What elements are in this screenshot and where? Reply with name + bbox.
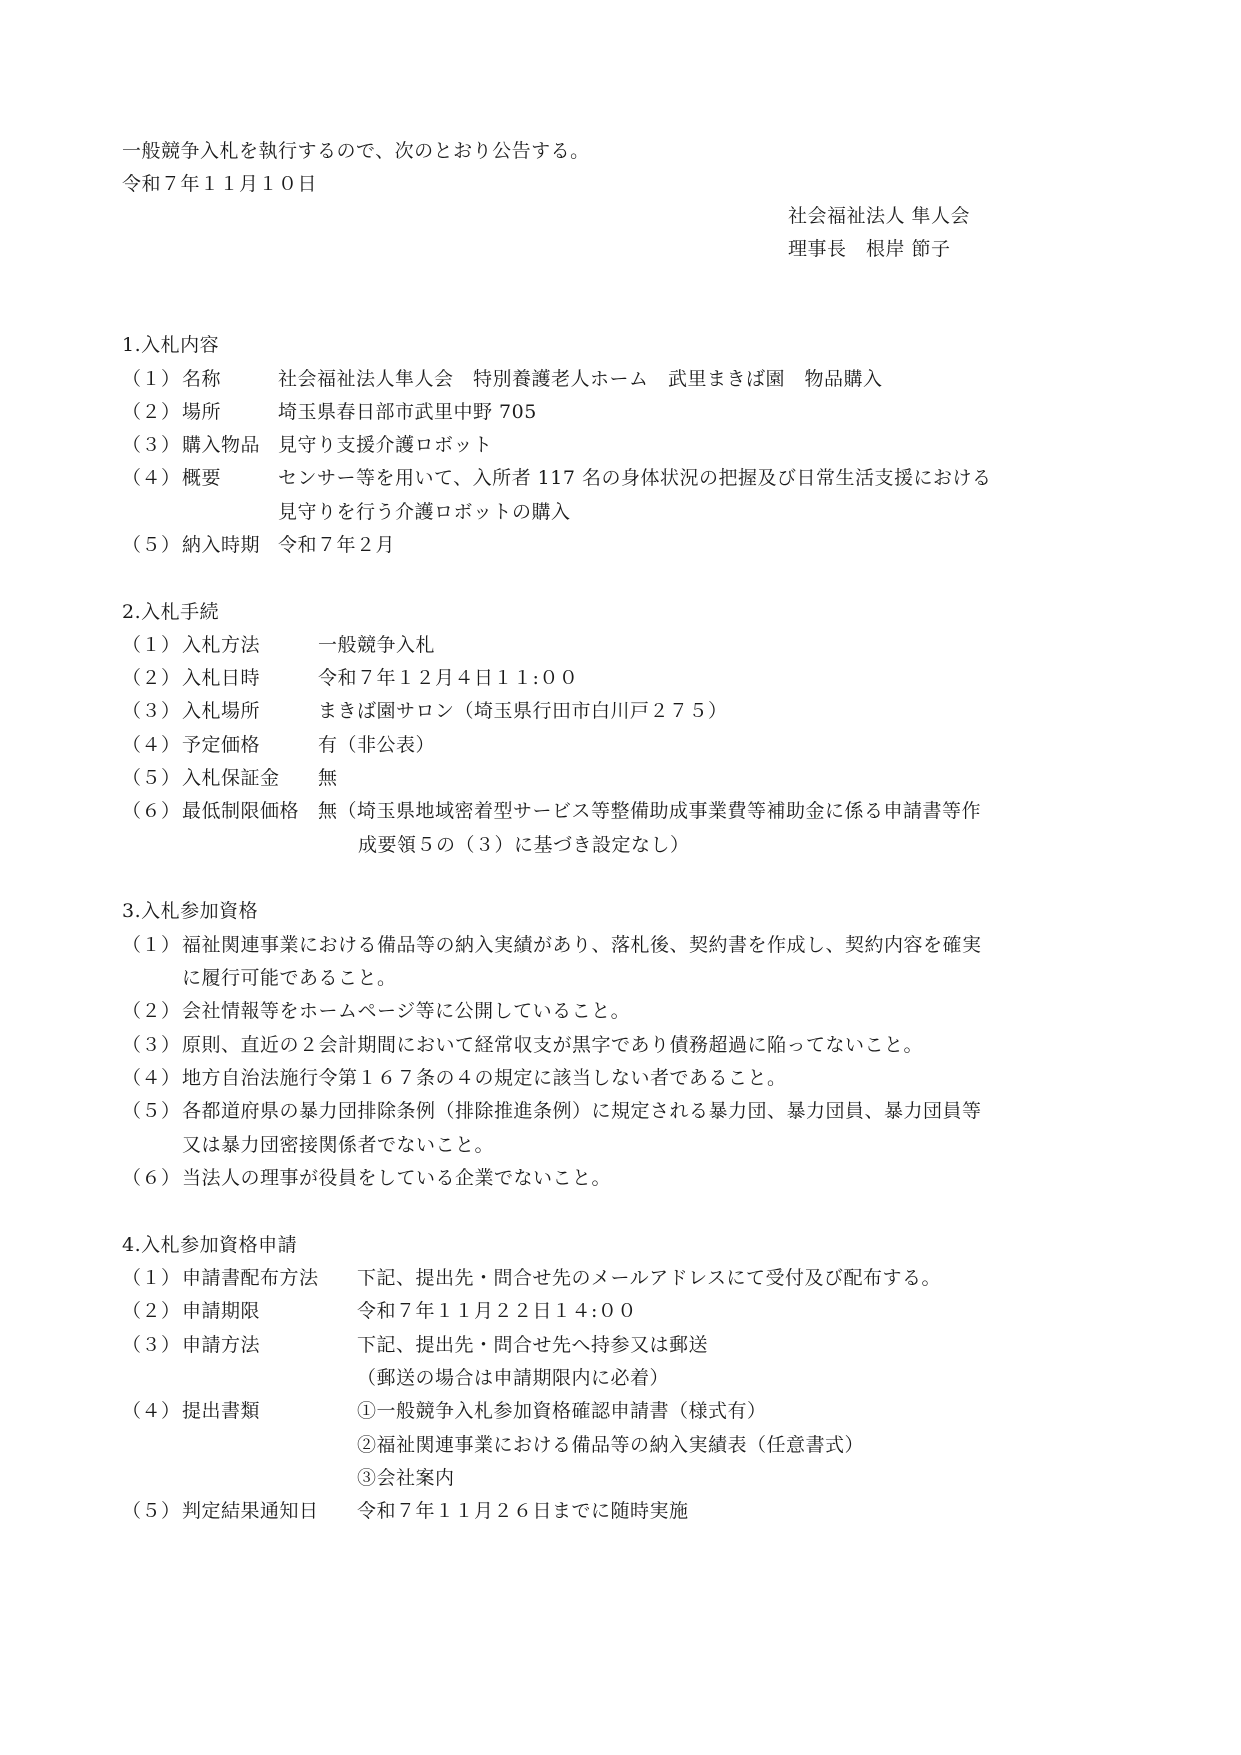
document-page: 一般競争入札を執行するので、次のとおり公告する。 令和７年１１月１０日 社会福祉… [0,0,1241,1755]
s1-item-4-value-cont: 見守りを行う介護ロボットの購入 [278,501,571,523]
s1-item-5-num: （５） [122,534,181,556]
section-2-title: 2.入札手続 [122,601,219,623]
s3-item-5-num: （５） [122,1100,181,1122]
s1-item-4-value: センサー等を用いて、入所者 117 名の身体状況の把握及び日常生活支援における [278,467,991,489]
s4-item-4-doc-2: ②福祉関連事業における備品等の納入実績表（任意書式） [357,1434,864,1456]
s1-item-3-value: 見守り支援介護ロボット [278,434,493,456]
s3-item-3-num: （３） [122,1034,181,1056]
s2-item-2-label: 入札日時 [182,667,260,689]
s3-item-4-text: 地方自治法施行令第１６７条の４の規定に該当しない者であること。 [182,1067,787,1089]
s3-item-2-text: 会社情報等をホームページ等に公開していること。 [182,1000,630,1022]
s3-item-1-text-cont: に履行可能であること。 [182,967,397,989]
s4-item-5-num: （５） [122,1500,181,1522]
s3-item-4-num: （４） [122,1067,181,1089]
s2-item-3-label: 入札場所 [182,700,260,722]
s1-item-5-value: 令和７年２月 [278,534,395,556]
s3-item-5-text-cont: 又は暴力団密接関係者でないこと。 [182,1134,494,1156]
s1-item-2-label: 場所 [182,401,221,423]
s2-item-4-label: 予定価格 [182,734,260,756]
s1-item-3-label: 購入物品 [182,434,260,456]
section-3-title: 3.入札参加資格 [122,900,258,922]
s4-item-1-value: 下記、提出先・問合せ先のメールアドレスにて受付及び配布する。 [357,1267,941,1289]
s2-item-2-num: （２） [122,667,181,689]
s4-item-3-label: 申請方法 [182,1334,260,1356]
s4-item-4-num: （４） [122,1400,181,1422]
s1-item-1-num: （１） [122,368,181,390]
s4-item-2-label: 申請期限 [182,1300,260,1322]
organization-name: 社会福祉法人 隼人会 [788,205,970,227]
notice-date: 令和７年１１月１０日 [122,173,317,195]
s1-item-2-num: （２） [122,401,181,423]
s4-item-2-num: （２） [122,1300,181,1322]
s1-item-4-num: （４） [122,467,181,489]
s2-item-6-num: （６） [122,800,181,822]
s2-item-5-value: 無 [318,767,338,789]
signer-name: 理事長 根岸 節子 [788,238,951,260]
s2-item-1-value: 一般競争入札 [318,634,435,656]
s2-item-4-num: （４） [122,734,181,756]
s4-item-1-label: 申請書配布方法 [182,1267,319,1289]
s4-item-4-label: 提出書類 [182,1400,260,1422]
s1-item-1-label: 名称 [182,368,221,390]
s4-item-2-value: 令和７年１１月２２日１４:００ [357,1300,637,1322]
s4-item-3-num: （３） [122,1334,181,1356]
s4-item-1-num: （１） [122,1267,181,1289]
s2-item-6-value-cont: 成要領５の（３）に基づき設定なし） [358,834,690,856]
s1-item-2-value: 埼玉県春日部市武里中野 705 [278,401,537,423]
intro-text: 一般競争入札を執行するので、次のとおり公告する。 [122,140,590,162]
s3-item-1-text: 福祉関連事業における備品等の納入実績があり、落札後、契約書を作成し、契約内容を確… [182,934,982,956]
s3-item-6-num: （６） [122,1167,181,1189]
s1-item-3-num: （３） [122,434,181,456]
s4-item-3-value: 下記、提出先・問合せ先へ持参又は郵送 [357,1334,708,1356]
s2-item-2-value: 令和７年１２月４日１１:００ [318,667,578,689]
s2-item-5-label: 入札保証金 [182,767,280,789]
s2-item-6-value: 無（埼玉県地域密着型サービス等整備助成事業費等補助金に係る申請書等作 [318,800,981,822]
s4-item-3-value-cont: （郵送の場合は申請期限内に必着） [357,1367,669,1389]
s2-item-1-num: （１） [122,634,181,656]
section-4-title: 4.入札参加資格申請 [122,1234,297,1256]
s3-item-1-num: （１） [122,934,181,956]
s2-item-6-label: 最低制限価格 [182,800,299,822]
s2-item-4-value: 有（非公表） [318,734,435,756]
section-1-title: 1.入札内容 [122,334,219,356]
s3-item-3-text: 原則、直近の２会計期間において経常収支が黒字であり債務超過に陥ってないこと。 [182,1034,923,1056]
s2-item-3-value: まきば園サロン（埼玉県行田市白川戸２７５） [318,700,728,722]
s4-item-4-doc-1: ①一般競争入札参加資格確認申請書（様式有） [357,1400,767,1422]
s3-item-6-text: 当法人の理事が役員をしている企業でないこと。 [182,1167,611,1189]
s4-item-5-value: 令和７年１１月２６日までに随時実施 [357,1500,689,1522]
s2-item-1-label: 入札方法 [182,634,260,656]
s4-item-4-doc-3: ③会社案内 [357,1467,455,1489]
s2-item-5-num: （５） [122,767,181,789]
s3-item-5-text: 各都道府県の暴力団排除条例（排除推進条例）に規定される暴力団、暴力団員、暴力団員… [182,1100,982,1122]
s2-item-3-num: （３） [122,700,181,722]
s3-item-2-num: （２） [122,1000,181,1022]
s1-item-1-value: 社会福祉法人隼人会 特別養護老人ホーム 武里まきば園 物品購入 [278,368,883,390]
s4-item-5-label: 判定結果通知日 [182,1500,319,1522]
s1-item-5-label: 納入時期 [182,534,260,556]
s1-item-4-label: 概要 [182,467,221,489]
